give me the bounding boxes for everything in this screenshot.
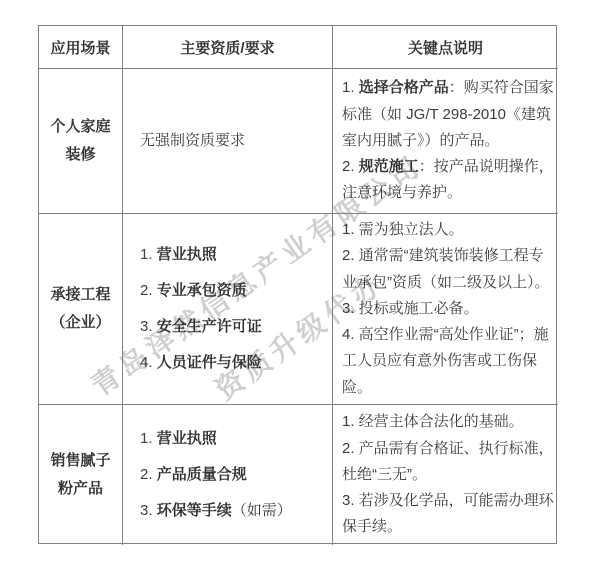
keypoint-item: 1. 选择合格产品：购买符合国家标准（如 JG/T 298-2010《建筑室内用… [342,75,555,154]
requirement-item: 2. 专业承包资质 [140,273,332,309]
header-main-requirements: 主要资质/要求 [123,26,333,69]
requirement-item: 2. 产品质量合规 [140,457,332,493]
keypoints-cell-home-renovation: 1. 选择合格产品：购买符合国家标准（如 JG/T 298-2010《建筑室内用… [333,69,558,214]
keypoint-item: 3. 投标或施工必备。 [342,296,555,322]
keypoint-item: 1. 需为独立法人。 [342,217,555,243]
scenario-line: 粉产品 [58,475,103,504]
keypoint-item: 4. 高空作业需“高处作业证”；施工人员应有意外伤害或工伤保险。 [342,322,555,401]
keypoint-item: 2. 产品需有合格证、执行标准，杜绝“三无”。 [342,436,555,489]
scenario-line: 承接工程 [50,281,110,310]
requirement-item: 4. 人员证件与保险 [140,345,332,381]
requirement-item: 3. 环保等手续（如需） [140,493,332,529]
keypoint-item: 1. 经营主体合法化的基础。 [342,409,555,435]
keypoints-cell-contracting: 1. 需为独立法人。 2. 通常需“建筑装饰装修工程专业承包”资质（如二级及以上… [333,214,558,405]
scenario-line: 销售腻子 [50,447,110,476]
scenario-cell-selling-products: 销售腻子 粉产品 [39,405,123,545]
scenario-line: 个人家庭 [50,113,110,142]
scenario-cell-contracting: 承接工程 （企业） [39,214,123,405]
keypoint-item: 2. 通常需“建筑装饰装修工程专业承包”资质（如二级及以上）。 [342,243,555,296]
requirements-cell-home-renovation: 无强制资质要求 [123,69,333,214]
qualification-table: 应用场景 主要资质/要求 关键点说明 个人家庭 装修 无强制资质要求 1. 选择… [38,25,557,544]
requirement-text: 无强制资质要求 [140,129,332,153]
requirements-cell-contracting: 1. 营业执照 2. 专业承包资质 3. 安全生产许可证 4. 人员证件与保险 [123,214,333,405]
keypoints-cell-selling-products: 1. 经营主体合法化的基础。 2. 产品需有合格证、执行标准，杜绝“三无”。 3… [333,405,558,545]
requirement-item: 1. 营业执照 [140,421,332,457]
page-background: 青岛泽然信息产业有限公司 资质升级代办 应用场景 主要资质/要求 关键点说明 个… [0,0,600,575]
scenario-line: 装修 [65,141,95,170]
keypoint-item: 2. 规范施工：按产品说明操作，注意环境与养护。 [342,154,555,207]
scenario-cell-home-renovation: 个人家庭 装修 [39,69,123,214]
requirements-cell-selling-products: 1. 营业执照 2. 产品质量合规 3. 环保等手续（如需） [123,405,333,545]
keypoint-item: 3. 若涉及化学品，可能需办理环保手续。 [342,488,555,541]
requirement-item: 3. 安全生产许可证 [140,309,332,345]
requirement-item: 1. 营业执照 [140,237,332,273]
header-key-points: 关键点说明 [333,26,558,69]
header-application-scenario: 应用场景 [39,26,123,69]
scenario-line: （企业） [50,309,110,338]
